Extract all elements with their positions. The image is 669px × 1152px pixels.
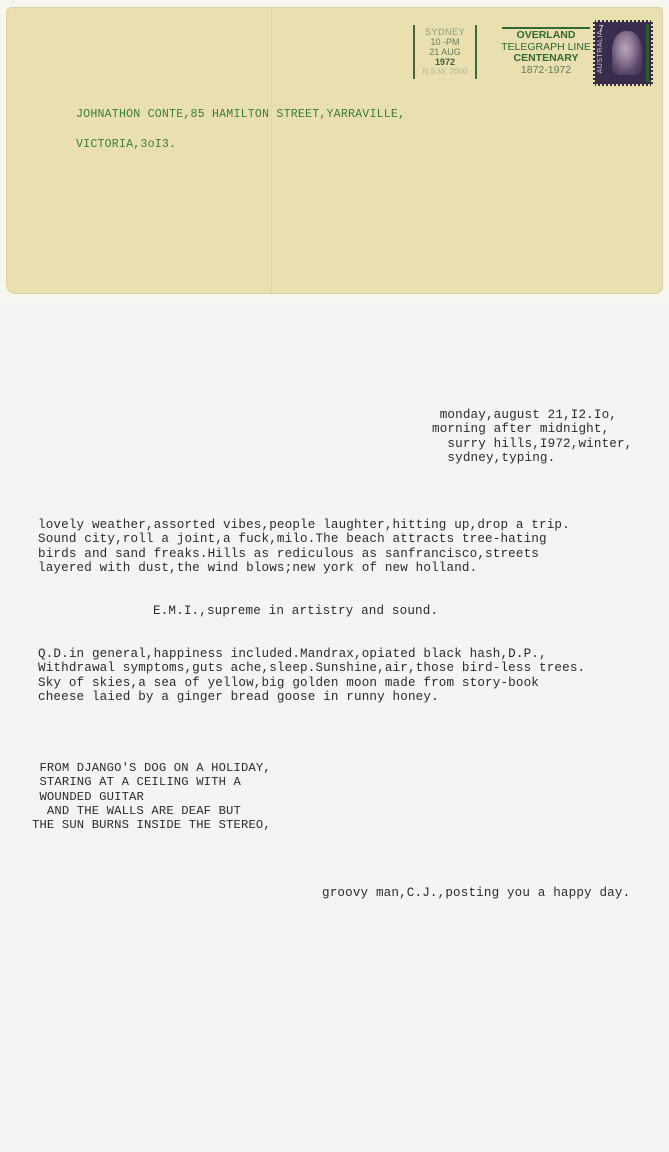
text-line: Q.D.in general,happiness included.Mandra… [38,647,585,661]
text-line: STARING AT A CEILING WITH A [32,775,271,789]
text-line: WOUNDED GUITAR [32,790,271,804]
postmark-extra: N.S.W. 2000 [415,67,475,77]
letter-emi-line: E.M.I.,supreme in artistry and sound. [153,604,438,618]
text-line: cheese laied by a ginger bread goose in … [38,690,585,704]
text-line: morning after midnight, [432,422,632,436]
slogan-cancellation: OVERLAND TELEGRAPH LINE CENTENARY 1872-1… [496,30,596,76]
text-line: birds and sand freaks.Hills as rediculou… [38,547,570,561]
slogan-line-4: 1872-1972 [496,65,596,77]
text-line: THE SUN BURNS INSIDE THE STEREO, [32,818,271,832]
letter-poem: FROM DJANGO'S DOG ON A HOLIDAY, STARING … [32,761,271,832]
letter-signoff: groovy man,C.J.,posting you a happy day. [322,886,630,900]
text-line: lovely weather,assorted vibes,people lau… [38,518,570,532]
letter-paragraph-2: Q.D.in general,happiness included.Mandra… [38,647,585,704]
text-line: AND THE WALLS ARE DEAF BUT [32,804,271,818]
text-line: sydney,typing. [432,451,632,465]
slogan-line-1: OVERLAND [496,30,596,42]
text-line: monday,august 21,I2.Io, [432,408,632,422]
slogan-line-3: CENTENARY [496,53,596,65]
envelope-fold-crease [271,7,272,294]
postage-stamp: 7 AUSTRALIA [593,20,653,86]
letter-dateline: monday,august 21,I2.Io,morning after mid… [432,408,632,465]
postmark-city: SYDNEY [415,27,475,37]
text-line: Withdrawal symptoms,guts ache,sleep.Suns… [38,661,585,675]
address-line-1: JOHNATHON CONTE,85 HAMILTON STREET,YARRA… [76,108,405,121]
text-line: layered with dust,the wind blows;new yor… [38,561,570,575]
postmark-time: 10 -PM [415,37,475,47]
postmark-date: 21 AUG [415,47,475,57]
postmark-year: 1972 [415,57,475,67]
text-line: surry hills,I972,winter, [432,437,632,451]
text-line: Sound city,roll a joint,a fuck,milo.The … [38,532,570,546]
address-line-2: VICTORIA,3oI3. [76,138,176,151]
text-line: FROM DJANGO'S DOG ON A HOLIDAY, [32,761,271,775]
letter-paragraph-1: lovely weather,assorted vibes,people lau… [38,518,570,575]
queen-portrait-icon [612,31,642,75]
slogan-rule [502,27,590,29]
stamp-cancel-mark [646,24,649,82]
sydney-postmark: SYDNEY 10 -PM 21 AUG 1972 N.S.W. 2000 [413,25,477,79]
text-line: Sky of skies,a sea of yellow,big golden … [38,676,585,690]
stamp-country: AUSTRALIA [597,30,604,73]
